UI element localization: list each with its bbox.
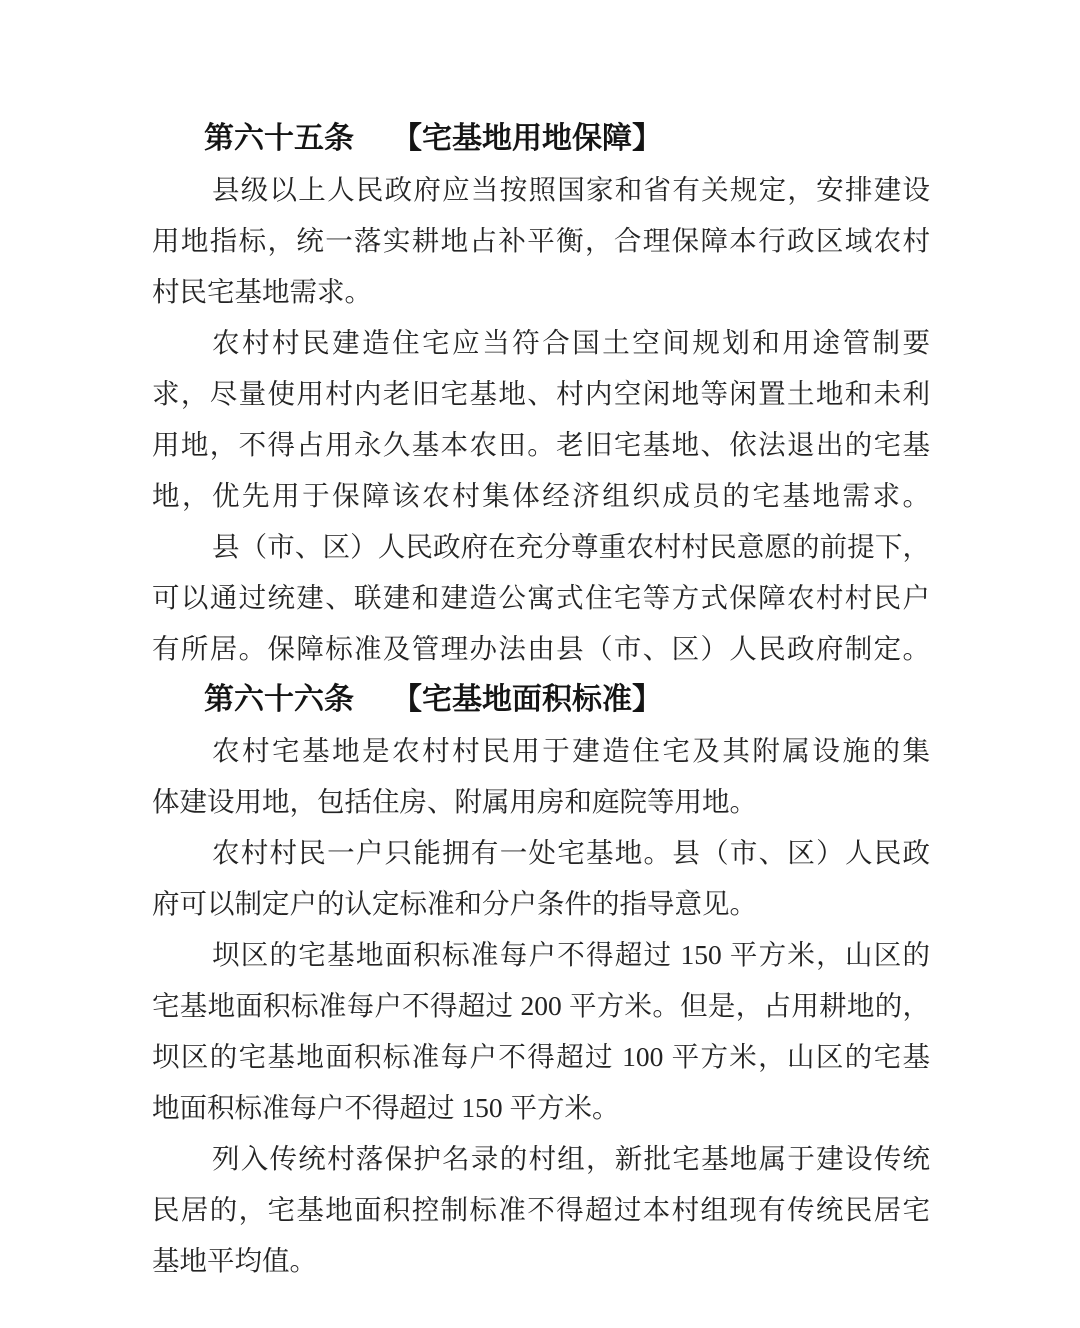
text-line: 府可以制定户的认定标准和分户条件的指导意见。 [152, 878, 930, 929]
text-line: 可以通过统建、联建和建造公寓式住宅等方式保障农村村民户 [152, 572, 930, 623]
text-line: 县（市、区）人民政府在充分尊重农村村民意愿的前提下， [152, 521, 930, 572]
text-line: 宅基地面积标准每户不得超过 200 平方米。但是，占用耕地的， [152, 980, 930, 1031]
text-line: 体建设用地，包括住房、附属用房和庭院等用地。 [152, 776, 930, 827]
text-line: 列入传统村落保护名录的村组，新批宅基地属于建设传统 [152, 1133, 930, 1184]
text-line: 基地平均值。 [152, 1235, 930, 1286]
text-line: 民居的，宅基地面积控制标准不得超过本村组现有传统民居宅 [152, 1184, 930, 1235]
text-line: 有所居。保障标准及管理办法由县（市、区）人民政府制定。 [152, 623, 930, 674]
text-line: 地面积标准每户不得超过 150 平方米。 [152, 1082, 930, 1133]
paragraph: 农村村民一户只能拥有一处宅基地。县（市、区）人民政 府可以制定户的认定标准和分户… [152, 827, 930, 929]
text-line: 用地指标，统一落实耕地占补平衡，合理保障本行政区域农村 [152, 215, 930, 266]
document-page: 第六十五条【宅基地用地保障】 县级以上人民政府应当按照国家和省有关规定，安排建设… [0, 0, 1080, 1328]
text-line: 农村宅基地是农村村民用于建造住宅及其附属设施的集 [152, 725, 930, 776]
paragraph: 列入传统村落保护名录的村组，新批宅基地属于建设传统 民居的，宅基地面积控制标准不… [152, 1133, 930, 1286]
paragraph: 农村宅基地是农村村民用于建造住宅及其附属设施的集 体建设用地，包括住房、附属用房… [152, 725, 930, 827]
paragraph: 县级以上人民政府应当按照国家和省有关规定，安排建设 用地指标，统一落实耕地占补平… [152, 164, 930, 317]
text-line: 县级以上人民政府应当按照国家和省有关规定，安排建设 [152, 164, 930, 215]
text-line: 坝区的宅基地面积标准每户不得超过 150 平方米，山区的 [152, 929, 930, 980]
text-line: 地，优先用于保障该农村集体经济组织成员的宅基地需求。 [152, 470, 930, 521]
article-number: 第六十五条 [204, 122, 354, 155]
paragraph: 县（市、区）人民政府在充分尊重农村村民意愿的前提下， 可以通过统建、联建和建造公… [152, 521, 930, 674]
text-line: 坝区的宅基地面积标准每户不得超过 100 平方米，山区的宅基 [152, 1031, 930, 1082]
article-title: 【宅基地用地保障】 [392, 122, 662, 155]
text-line: 求，尽量使用村内老旧宅基地、村内空闲地等闲置土地和未利 [152, 368, 930, 419]
document-content: 第六十五条【宅基地用地保障】 县级以上人民政府应当按照国家和省有关规定，安排建设… [152, 113, 930, 1286]
text-line: 用地，不得占用永久基本农田。老旧宅基地、依法退出的宅基 [152, 419, 930, 470]
article-66-heading: 第六十六条【宅基地面积标准】 [152, 674, 930, 725]
article-65-heading: 第六十五条【宅基地用地保障】 [152, 113, 930, 164]
text-line: 农村村民建造住宅应当符合国土空间规划和用途管制要 [152, 317, 930, 368]
text-line: 农村村民一户只能拥有一处宅基地。县（市、区）人民政 [152, 827, 930, 878]
paragraph: 坝区的宅基地面积标准每户不得超过 150 平方米，山区的 宅基地面积标准每户不得… [152, 929, 930, 1133]
article-title: 【宅基地面积标准】 [392, 683, 662, 716]
paragraph: 农村村民建造住宅应当符合国土空间规划和用途管制要 求，尽量使用村内老旧宅基地、村… [152, 317, 930, 521]
article-number: 第六十六条 [204, 683, 354, 716]
text-line: 村民宅基地需求。 [152, 266, 930, 317]
